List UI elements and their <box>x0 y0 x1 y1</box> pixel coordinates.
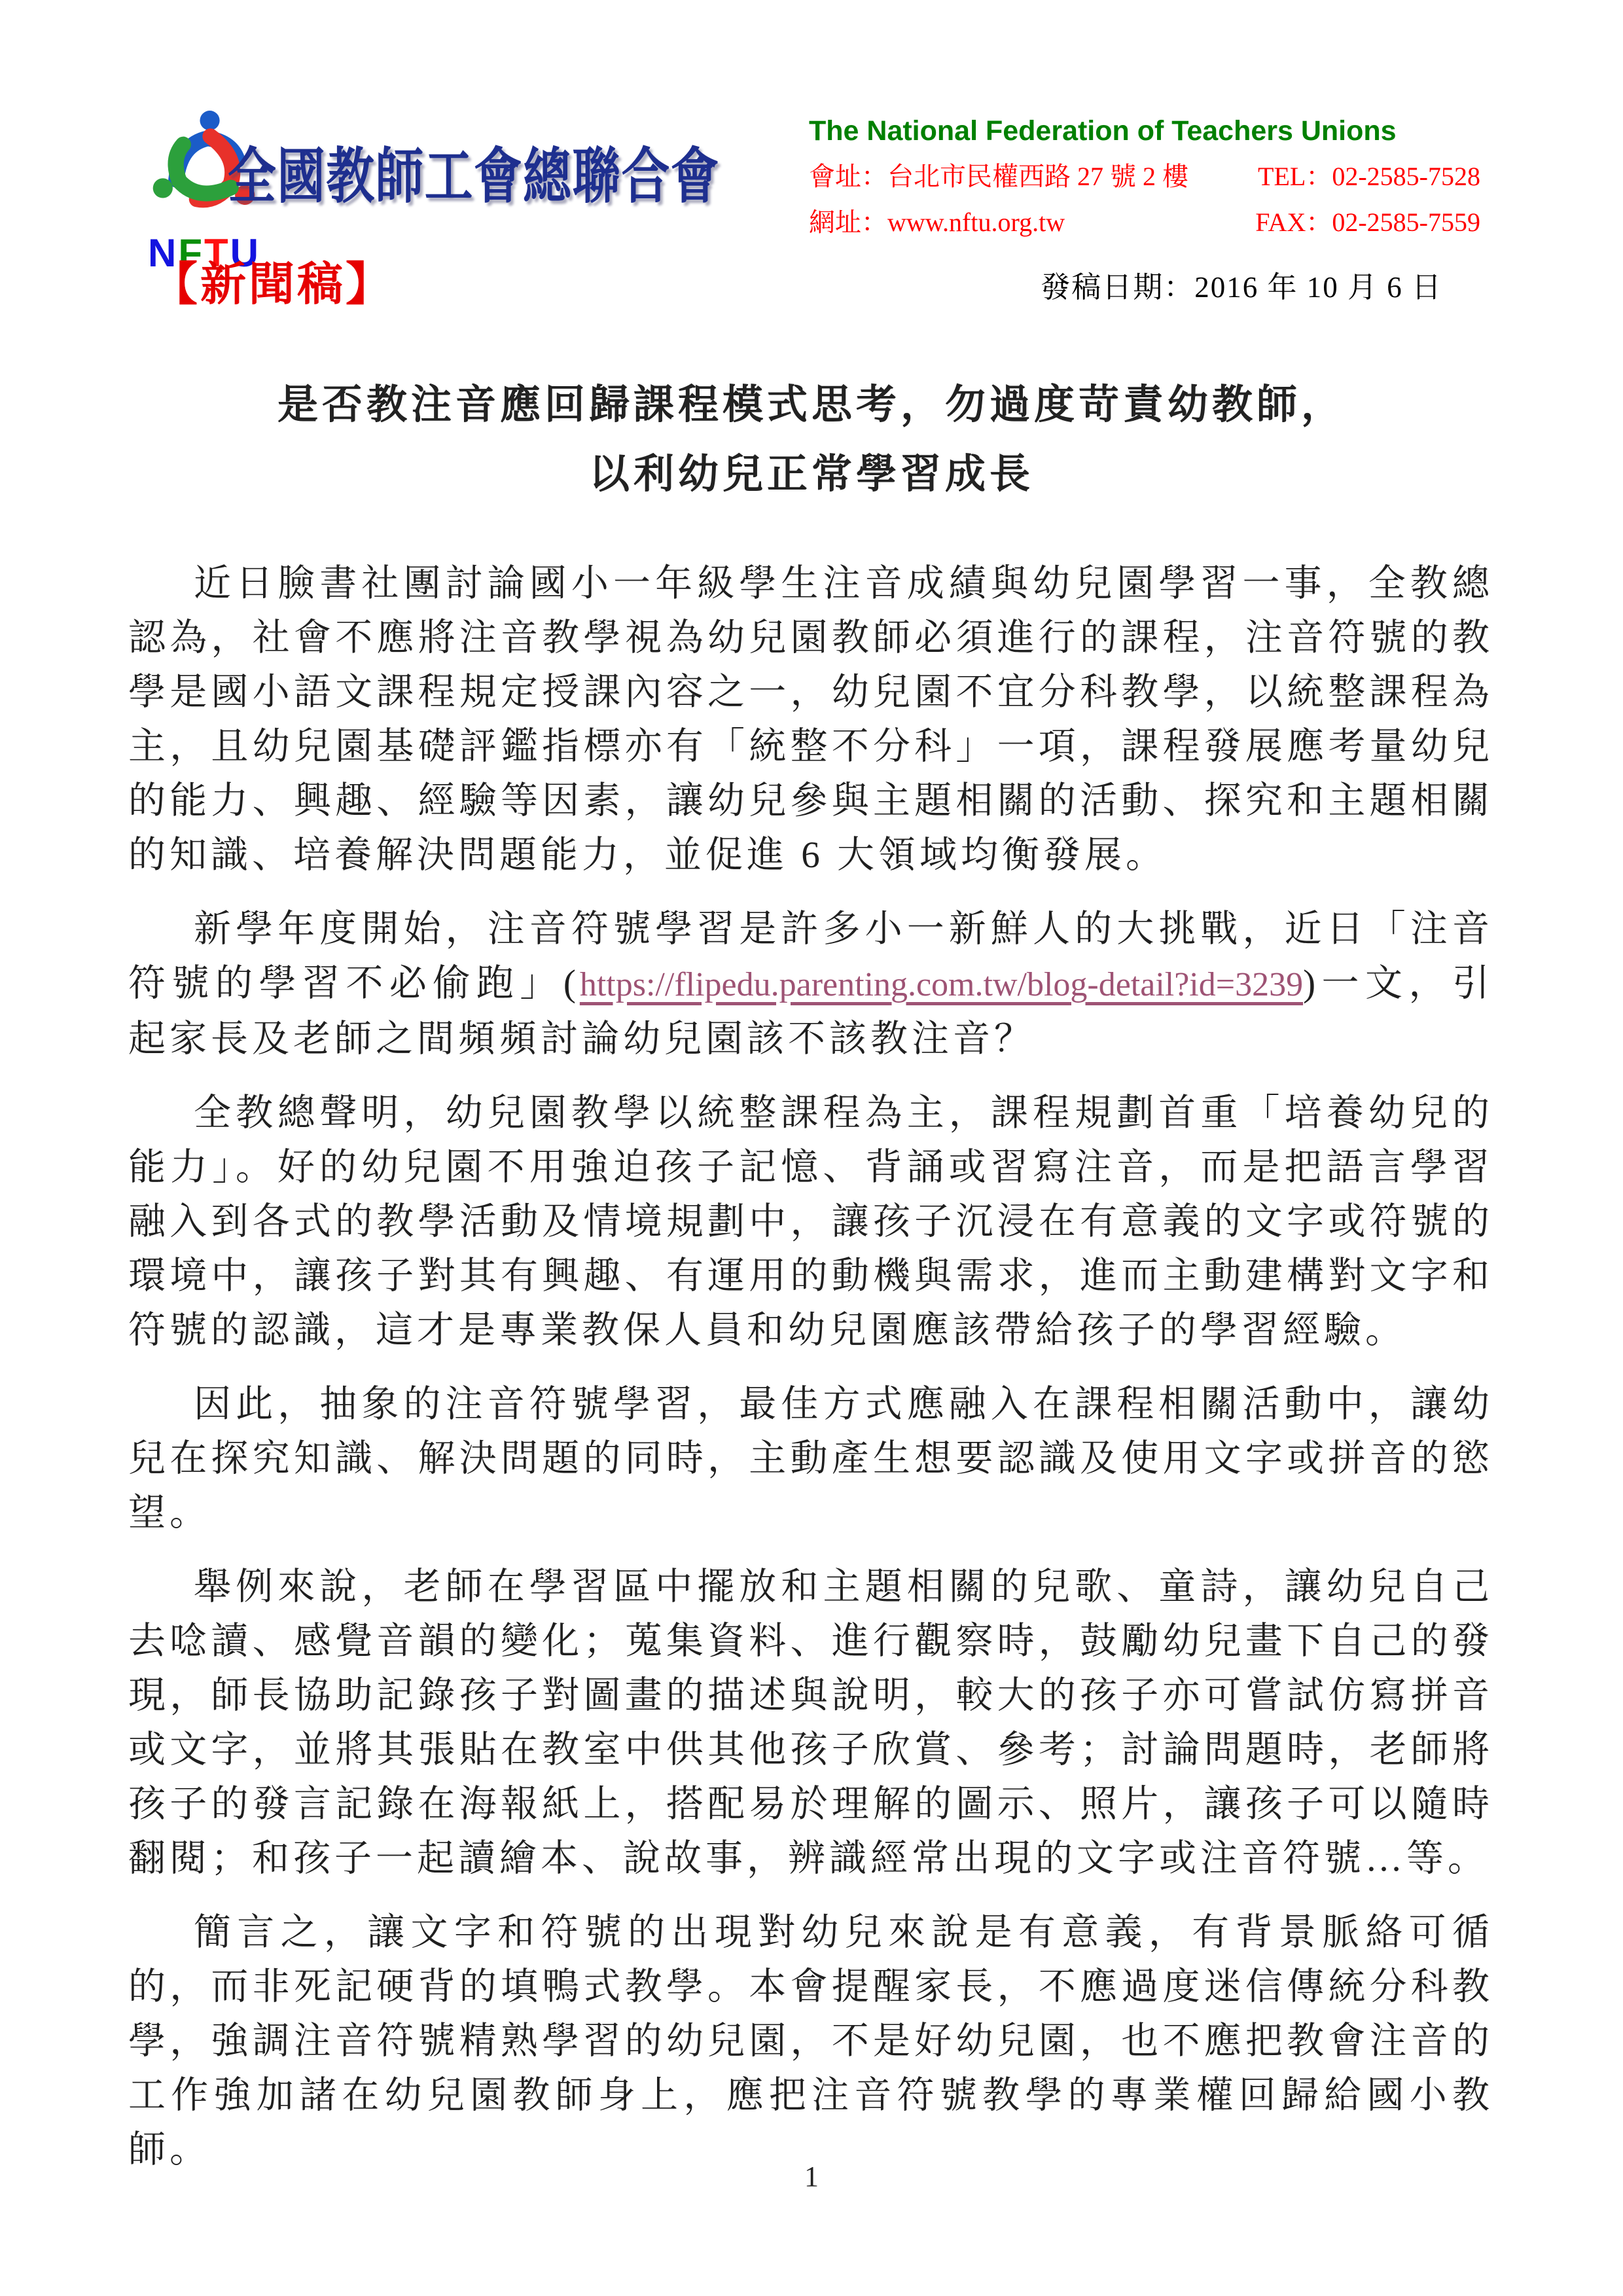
title-line-2: 以利幼兒正常學習成長 <box>0 440 1623 509</box>
release-date: 發稿日期：2016 年 10 月 6 日 <box>1041 263 1442 306</box>
website-text[interactable]: 網址：www.nftu.org.tw <box>809 202 1065 239</box>
org-name-en: The National Federation of Teachers Unio… <box>809 115 1480 147</box>
org-name-zh: 全國教師工會總聯合會 <box>228 128 720 215</box>
fax-text: FAX：02-2585-7559 <box>1255 202 1480 239</box>
address-text: 會址：台北市民權西路 27 號 2 樓 <box>809 156 1188 193</box>
contact-block: The National Federation of Teachers Unio… <box>809 115 1480 239</box>
title-line-1: 是否教注音應回歸課程模式思考，勿過度苛責幼教師， <box>0 370 1623 440</box>
body-paragraph: 舉例來說，老師在學習區中擺放和主題相關的兒歌、童詩，讓幼兒自己去唸讀、感覺音韻的… <box>128 1560 1493 1886</box>
page-number: 1 <box>0 2160 1623 2193</box>
body-paragraph: 因此，抽象的注音符號學習，最佳方式應融入在課程相關活動中，讓幼兒在探究知識、解決… <box>128 1377 1493 1540</box>
body-paragraph: 新學年度開始，注音符號學習是許多小一新鮮人的大挑戰，近日「注音符號的學習不必偷跑… <box>128 902 1493 1066</box>
tel-text: TEL：02-2585-7528 <box>1258 156 1480 193</box>
document-page: NFTU 全國教師工會總聯合會 The National Federation … <box>0 0 1623 2296</box>
article-link[interactable]: https://flipedu.parenting.com.tw/blog-de… <box>580 966 1303 1003</box>
document-title: 是否教注音應回歸課程模式思考，勿過度苛責幼教師， 以利幼兒正常學習成長 <box>0 370 1623 509</box>
body-paragraph: 全教總聲明，幼兒園教學以統整課程為主，課程規劃首重「培養幼兒的能力」。好的幼兒園… <box>128 1086 1493 1357</box>
body-paragraph: 近日臉書社團討論國小一年級學生注音成績與幼兒園學習一事，全教總認為，社會不應將注… <box>128 556 1493 882</box>
body-paragraph: 簡言之，讓文字和符號的出現對幼兒來說是有意義，有背景脈絡可循的，而非死記硬背的填… <box>128 1905 1493 2177</box>
press-release-label: 【新聞稿】 <box>152 247 394 314</box>
document-body: 近日臉書社團討論國小一年級學生注音成績與幼兒園學習一事，全教總認為，社會不應將注… <box>128 556 1493 2197</box>
